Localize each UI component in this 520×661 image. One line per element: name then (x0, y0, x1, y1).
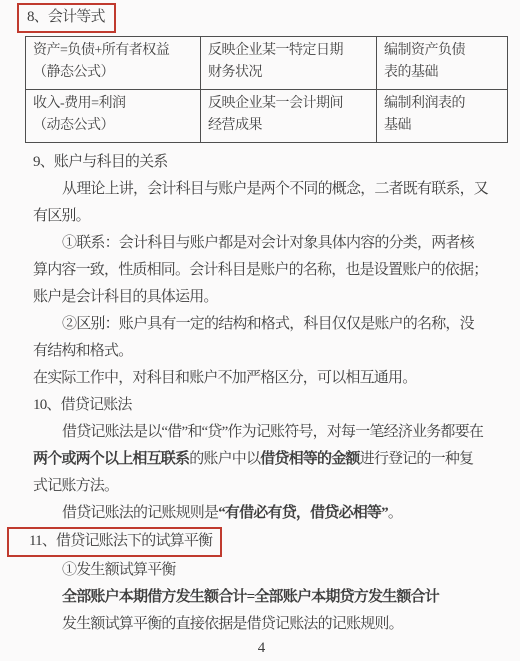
cell-line: 表的基础 (384, 62, 502, 84)
table-row: 收入-费用=利润 （动态公式） 反映企业某一会计期间 经营成果 编制利润表的 基… (26, 90, 508, 143)
section-10-heading: 10、借贷记账法 (33, 392, 490, 419)
text-line: 在实际工作中，对科目和账户不加严格区分，可以相互通用。 (33, 365, 490, 392)
text-line: 有区别。 (33, 203, 490, 230)
bold-run: 两个或两个以上相互联系 (33, 451, 189, 467)
bold-run: 借贷相等的金额 (260, 451, 359, 467)
cell-line: （动态公式） (33, 115, 195, 137)
text-line: 算内容一致，性质相同。会计科目是账户的名称，也是设置账户的依据； (33, 257, 490, 284)
section-11-heading-highlight-box: 11、借贷记账法下的试算平衡 (7, 527, 222, 557)
text-line: ②区别：账户具有一定的结构和格式，科目仅仅是账户的名称，没 (33, 311, 490, 338)
text-line: 借贷记账法是以“借”和“贷”作为记账符号，对每一笔经济业务都要在 (33, 419, 490, 446)
document-page: 8、会计等式 资产=负债+所有者权益 （静态公式） 反映企业某一特定日期 财务状… (0, 0, 520, 658)
text-line-bold-equation: 全部账户本期借方发生额合计=全部账户本期贷方发生额合计 (33, 584, 490, 611)
text-line: 两个或两个以上相互联系的账户中以借贷相等的金额进行登记的一种复 (33, 446, 490, 473)
text-line: 借贷记账法的记账规则是“有借必有贷，借贷必相等”。 (33, 500, 490, 527)
cell-line: 编制资产负债 (384, 40, 502, 62)
cell-line: 编制利润表的 (384, 93, 502, 115)
text-run: 进行登记的一种复 (360, 451, 474, 467)
cell-line: 经营成果 (208, 115, 371, 137)
text-run: 的账户中以 (189, 451, 260, 467)
cell-line: 财务状况 (208, 62, 371, 84)
section-8-heading: 8、会计等式 (27, 9, 105, 25)
table-cell-meaning: 反映企业某一会计期间 经营成果 (201, 90, 377, 143)
page-number: 4 (33, 638, 490, 658)
cell-line: 资产=负债+所有者权益 (33, 40, 195, 62)
text-line: 有结构和格式。 (33, 338, 490, 365)
text-run: 借贷记账法的记账规则是 (62, 505, 218, 521)
table-cell-meaning: 反映企业某一特定日期 财务状况 (201, 37, 377, 90)
section-8-heading-highlight-box: 8、会计等式 (17, 3, 116, 33)
table-cell-formula: 收入-费用=利润 （动态公式） (26, 90, 201, 143)
table-row: 资产=负债+所有者权益 （静态公式） 反映企业某一特定日期 财务状况 编制资产负… (26, 37, 508, 90)
section-9-heading: 9、账户与科目的关系 (33, 149, 490, 176)
table-cell-basis: 编制利润表的 基础 (377, 90, 508, 143)
text-line: 发生额试算平衡的直接依据是借贷记账法的记账规则。 (33, 611, 490, 638)
text-line: ①联系：会计科目与账户都是对会计对象具体内容的分类，两者核 (33, 230, 490, 257)
accounting-equation-table: 资产=负债+所有者权益 （静态公式） 反映企业某一特定日期 财务状况 编制资产负… (25, 36, 508, 143)
cell-line: 反映企业某一特定日期 (208, 40, 371, 62)
text-line: 账户是会计科目的具体运用。 (33, 284, 490, 311)
bold-run: “有借必有贷，借贷必相等” (218, 505, 388, 521)
cell-line: （静态公式） (33, 62, 195, 84)
table-cell-basis: 编制资产负债 表的基础 (377, 37, 508, 90)
cell-line: 基础 (384, 115, 502, 137)
cell-line: 反映企业某一会计期间 (208, 93, 371, 115)
section-11-heading: 11、借贷记账法下的试算平衡 (29, 533, 212, 549)
text-line: 从理论上讲，会计科目与账户是两个不同的概念，二者既有联系，又 (33, 176, 490, 203)
table-cell-formula: 资产=负债+所有者权益 （静态公式） (26, 37, 201, 90)
text-line: 式记账方法。 (33, 473, 490, 500)
cell-line: 收入-费用=利润 (33, 93, 195, 115)
text-line: ①发生额试算平衡 (33, 557, 490, 584)
text-run: 。 (388, 505, 402, 521)
